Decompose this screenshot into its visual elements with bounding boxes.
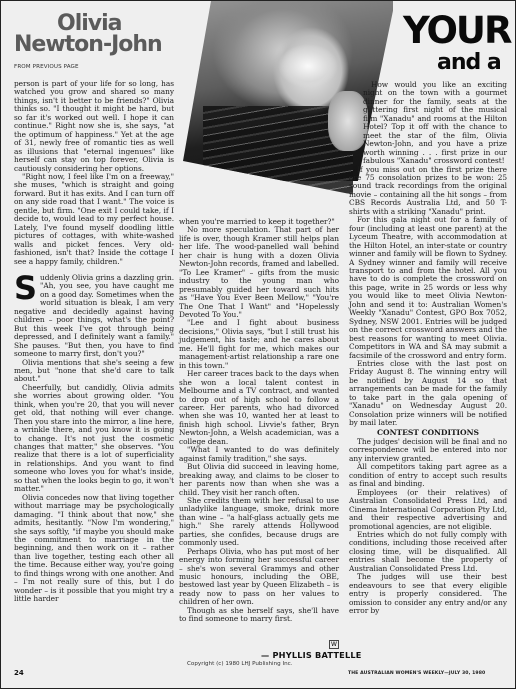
page-number: 24 [14,669,24,677]
paragraph: No more speculation. That part of her li… [179,226,339,319]
dropcap-paragraph: Suddenly Olivia grins a dazzling grin. "… [14,274,174,359]
paragraph: Olivia concedes now that living together… [14,494,174,604]
paragraph: Cheerfully, but candidly, Olivia admits … [14,384,174,494]
article-column-1: person is part of your life for so long,… [14,80,174,604]
condition: The judges' decision will be final and n… [349,438,507,463]
article-headline: Olivia Newton-John [14,13,162,55]
paragraph: "Lee and I fight about business decision… [179,319,339,370]
paragraph: Though as she herself says, she'll have … [179,607,339,624]
paragraph: Entries close with the last post on Frid… [349,360,507,428]
paragraph: But Olivia did succeed in leaving home, … [179,463,339,497]
condition: Employees (or their relatives) of Austra… [349,489,507,531]
contest-title: YOUR [403,14,510,48]
paragraph: She credits them with her refusal to use… [179,497,339,548]
headline-line-1: Olivia [14,13,162,34]
drop-cap: S [14,276,37,300]
paragraph: Perhaps Olivia, who has put most of her … [179,548,339,607]
magazine-page: Olivia Newton-John FROM PREVIOUS PAGE pe… [0,0,516,689]
magazine-footer: THE AUSTRALIAN WOMEN'S WEEKLY—JULY 30, 1… [348,671,485,676]
contest-column: How would you like an exciting night on … [349,81,507,616]
paragraph: person is part of your life for so long,… [14,80,174,173]
byline: — PHYLLIS BATTELLE [261,650,362,660]
paragraph: Her career traces back to the days when … [179,370,339,446]
condition: Entries which do not fully comply with c… [349,531,507,573]
conditions-heading: CONTEST CONDITIONS [349,429,507,437]
condition: The judges will use their best endeavour… [349,573,507,615]
headline-line-2: Newton-John [14,34,162,55]
paragraph: "What I wanted to do was definitely agai… [179,446,339,463]
paragraph: For this gala night out for a family of … [349,216,507,360]
paragraph: Olivia mentions that she's seeing a few … [14,359,174,384]
contest-title-line-2: and a [437,52,501,74]
paragraph: If you miss out on the first prize there… [349,166,507,217]
article-column-2: when you're married to keep it together?… [179,218,339,624]
condition: All competitors taking part agree as a c… [349,463,507,488]
paragraph-text: uddenly Olivia grins a dazzling grin. "A… [14,273,174,358]
end-mark-icon: W [329,640,339,649]
paragraph: "Right now, I feel like I'm on a freeway… [14,173,174,266]
copyright: Copyright (c) 1980 LHJ Publishing Inc. [187,661,293,667]
continued-label: FROM PREVIOUS PAGE [14,64,79,70]
contest-intro: How would you like an exciting night on … [349,81,507,166]
